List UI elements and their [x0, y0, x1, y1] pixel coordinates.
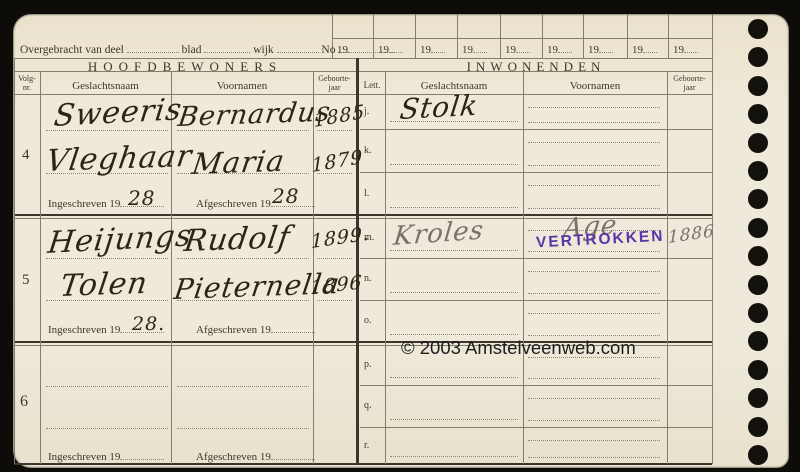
resident-surname: Sweeris	[52, 92, 184, 134]
year-cell: 19	[505, 42, 530, 56]
grid-line	[415, 14, 416, 58]
row-letter: o.	[364, 315, 372, 326]
grid-line	[40, 71, 41, 464]
punch-hole	[748, 161, 768, 181]
writing-line	[528, 106, 660, 108]
writing-line	[528, 377, 660, 379]
fill-in-line	[473, 42, 487, 53]
transfer-label: Overgebracht van deel	[20, 44, 124, 56]
row-letter: l.	[364, 188, 369, 199]
fill-in-line	[599, 42, 613, 53]
grid-line	[668, 14, 669, 58]
section-title-inwonenden: INWONENDEN	[360, 59, 712, 75]
punch-hole	[748, 246, 768, 266]
afgeschreven-row: Afgeschreven 19	[196, 322, 315, 336]
grid-line	[360, 172, 712, 173]
grid-line	[360, 258, 712, 259]
afgeschreven-year-value: 28	[272, 184, 299, 208]
punch-hole	[748, 360, 768, 380]
punch-hole	[748, 275, 768, 295]
row-letter: p.	[364, 359, 372, 370]
punch-hole	[748, 331, 768, 351]
col-header-voornamen-right: Voornamen	[523, 80, 667, 92]
punch-hole	[748, 417, 768, 437]
year-cell: 19	[547, 42, 572, 56]
punch-hole	[748, 19, 768, 39]
ingeschreven-year-value: 28.	[132, 313, 165, 335]
fill-in-line	[389, 42, 403, 53]
fill-in-line	[516, 42, 530, 53]
year-cell: 19	[337, 42, 362, 56]
no-label: No	[321, 44, 335, 56]
grid-line	[360, 300, 712, 301]
year-cell: 19	[588, 42, 613, 56]
year-cell: 19	[420, 42, 445, 56]
writing-line	[390, 455, 518, 457]
writing-line	[528, 292, 660, 294]
writing-line	[390, 376, 518, 378]
grid-line	[583, 14, 584, 58]
fill-in-line	[277, 42, 319, 53]
writing-line	[390, 163, 518, 165]
fill-in-line	[431, 42, 445, 53]
col-header-geboortejaar-left: Geboorte- jaar	[313, 74, 356, 92]
writing-line	[528, 270, 660, 272]
col-header-geslachtsnaam-left: Geslachtsnaam	[40, 80, 171, 92]
col-header-voornamen-left: Voornamen	[171, 80, 313, 92]
row-letter: j.	[364, 106, 369, 117]
grid-line	[171, 71, 172, 464]
writing-line	[528, 121, 660, 123]
ingeschreven-year-value: 28	[128, 186, 155, 210]
writing-line	[390, 418, 518, 420]
fill-in-line	[204, 42, 250, 53]
grid-line	[523, 71, 524, 464]
writing-line	[528, 397, 660, 399]
row-letter: k.	[364, 145, 372, 156]
writing-line	[317, 257, 352, 259]
writing-line	[528, 334, 660, 336]
year-cell: 19	[462, 42, 487, 56]
writing-line	[46, 385, 168, 387]
writing-line	[528, 439, 660, 441]
row-letter: m.	[364, 232, 374, 243]
grid-line	[542, 14, 543, 58]
writing-line	[528, 184, 660, 186]
writing-line	[177, 385, 309, 387]
writing-line	[528, 419, 660, 421]
row-letter: r.	[364, 440, 369, 451]
grid-line	[14, 463, 712, 465]
writing-line	[528, 141, 660, 143]
row-letter: q.	[364, 400, 372, 411]
writing-line	[528, 312, 660, 314]
writing-line	[528, 456, 660, 458]
grid-line	[385, 71, 386, 464]
col-header-lett: Lett.	[359, 80, 385, 90]
fill-in-line	[558, 42, 572, 53]
copyright-watermark: © 2003 Amstelveenweb.com	[401, 337, 636, 359]
fill-in-line	[684, 42, 698, 53]
fill-in-line	[643, 42, 657, 53]
grid-line	[360, 129, 712, 130]
fill-in-line	[348, 42, 362, 53]
punch-hole	[748, 47, 768, 67]
year-cell: 19	[378, 42, 403, 56]
punch-hole	[748, 388, 768, 408]
blad-label: blad	[182, 44, 202, 56]
inwonende-surname: Stolk	[398, 89, 480, 126]
punch-hole	[748, 303, 768, 323]
volgnr-6: 6	[20, 393, 28, 411]
resident-surname: Tolen	[58, 266, 150, 304]
volgnr-5: 5	[22, 272, 30, 289]
grid-line	[667, 71, 668, 464]
ingeschreven-row: Ingeschreven 19	[48, 449, 164, 463]
grid-line	[457, 14, 458, 58]
punch-hole	[748, 189, 768, 209]
grid-line	[627, 14, 628, 58]
writing-line	[390, 291, 518, 293]
resident-firstname: Rudolf	[182, 220, 293, 259]
writing-line	[177, 427, 309, 429]
wijk-label: wijk	[253, 44, 273, 56]
grid-line	[360, 427, 712, 428]
writing-line	[390, 333, 518, 335]
section-title-hoofdbewoners: HOOFDBEWONERS	[14, 59, 356, 75]
punch-hole	[748, 218, 768, 238]
afgeschreven-row: Afgeschreven 19	[196, 449, 315, 463]
fill-in-line	[271, 449, 315, 460]
col-header-geboortejaar-right: Geboorte- jaar	[667, 74, 712, 92]
writing-line	[46, 427, 168, 429]
writing-line	[528, 207, 660, 209]
punch-hole	[748, 445, 768, 465]
writing-line	[390, 206, 518, 208]
grid-line	[500, 14, 501, 58]
volgnr-4: 4	[22, 147, 30, 164]
writing-line	[528, 164, 660, 166]
year-cell: 19	[673, 42, 698, 56]
resident-firstname: Maria	[190, 144, 287, 181]
fill-in-line	[127, 42, 179, 53]
resident-surname: Vleghaar	[44, 139, 195, 179]
punch-hole	[748, 104, 768, 124]
resident-firstname: Bernardus	[176, 97, 333, 133]
fill-in-line	[271, 322, 315, 333]
grid-line	[360, 385, 712, 386]
grid-line	[332, 38, 712, 39]
row-letter: n.	[364, 273, 372, 284]
year-cell: 19	[632, 42, 657, 56]
punch-hole	[748, 133, 768, 153]
fill-in-line	[120, 449, 164, 460]
grid-line	[14, 58, 15, 464]
col-header-volgnr: Volg- nr.	[14, 74, 40, 92]
punch-hole	[748, 76, 768, 96]
